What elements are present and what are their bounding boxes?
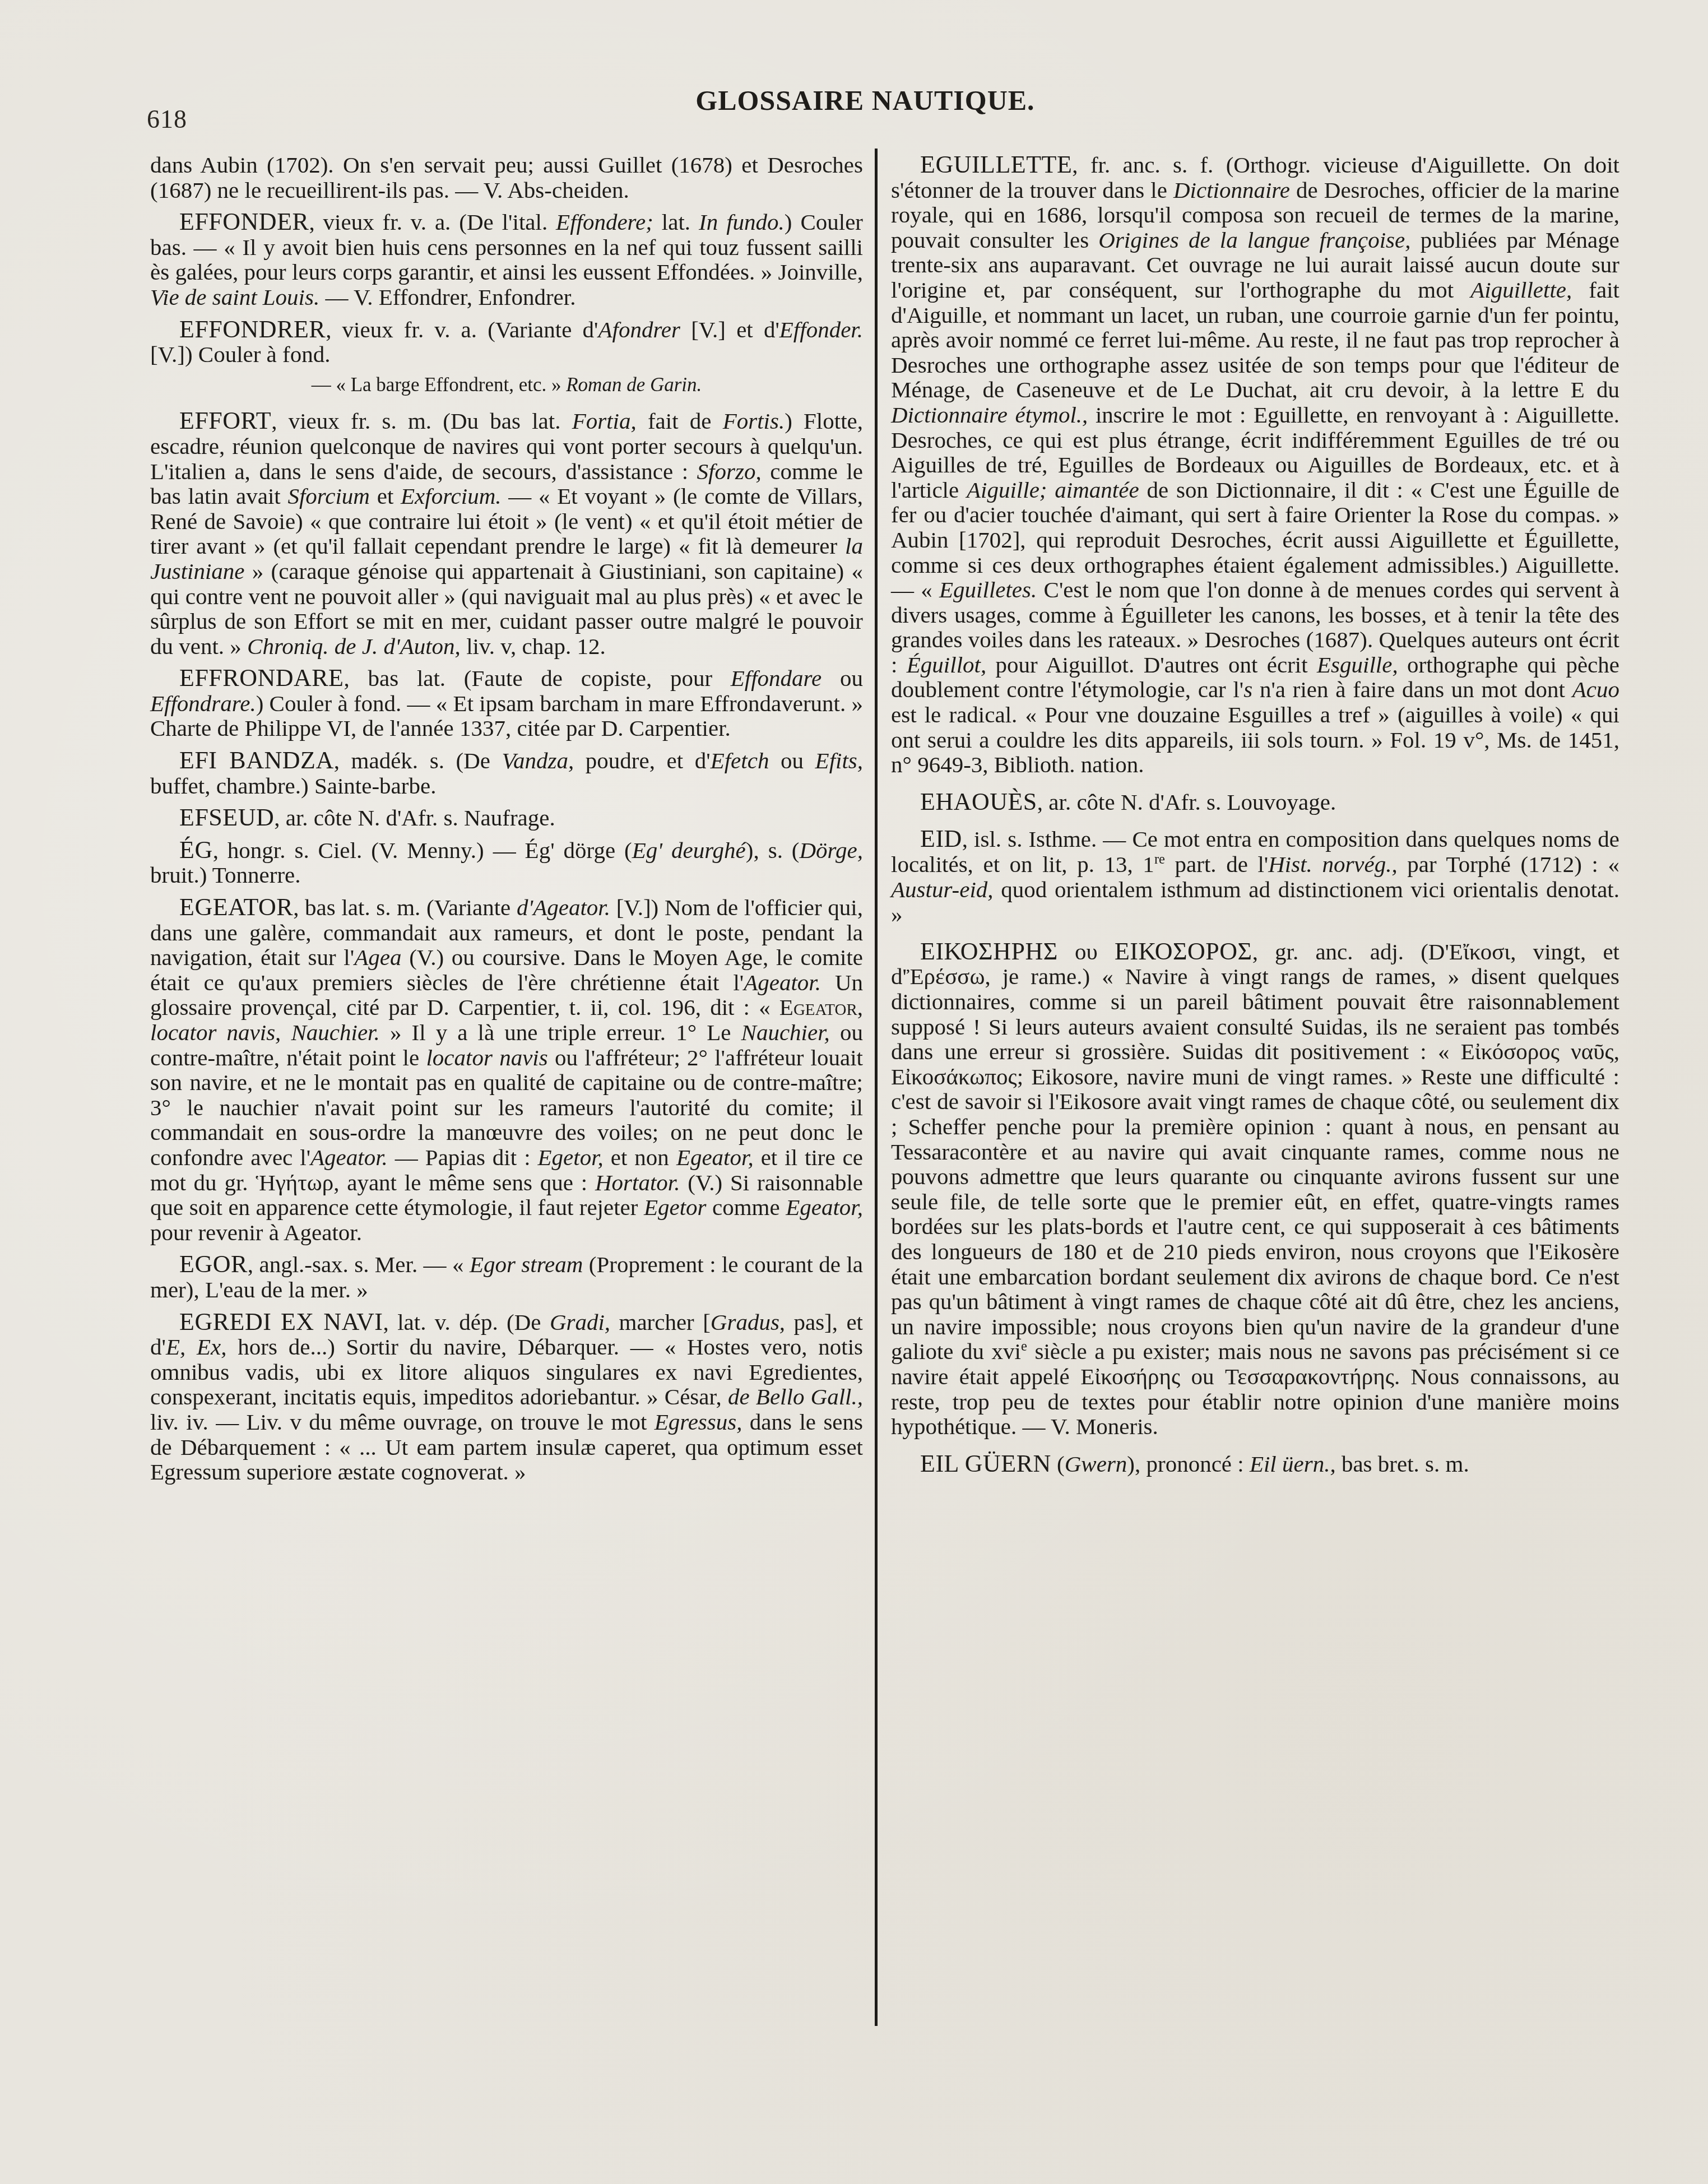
italic-term: E, Ex, — [166, 1334, 227, 1360]
italic-term: Fortia, — [572, 408, 637, 434]
italic-term: Hortator. — [595, 1170, 680, 1195]
italic-term: In fundo. — [699, 209, 785, 235]
citation-text: — « La barge Effondrent, etc. » — [312, 374, 567, 396]
italic-term: Egetor — [644, 1194, 707, 1220]
entry-text: , ar. côte N. d'Afr. s. Louvoyage. — [1037, 789, 1336, 815]
headword-variant: ΕΙΚΟΣΟΡΟΣ — [1115, 938, 1252, 965]
right-column: EGUILLETTE, fr. anc. s. f. (Orthogr. vic… — [891, 152, 1619, 1483]
entry-text: poudre, et d' — [574, 748, 710, 773]
entry-text: comme — [707, 1194, 786, 1220]
headword: EHAOUÈS — [920, 788, 1037, 815]
italic-term: locator navis — [426, 1045, 547, 1070]
italic-term: Effonder. — [779, 317, 863, 342]
italic-term: Sforcium — [287, 483, 370, 509]
entry-text: liv. iv. — Liv. v du même ouvrage, on tr… — [150, 1409, 655, 1435]
small-caps-term: Egeator, — [779, 994, 863, 1020]
italic-term: Gradus, — [711, 1309, 785, 1335]
entry-text: — V. Effondrer, Enfondrer. — [319, 284, 575, 310]
superscript: re — [1154, 852, 1165, 867]
left-column: dans Aubin (1702). On s'en servait peu; … — [150, 152, 863, 1492]
headword: EIL GÜERN — [920, 1450, 1051, 1477]
entry-text: buffet, chambre.) Sainte-barbe. — [150, 773, 436, 799]
superscript: e — [1021, 1339, 1027, 1355]
italic-term: Efetch — [711, 748, 769, 773]
italic-term: Sforzo, — [697, 458, 762, 484]
entry-text: , bas lat. (Faute de copiste, pour — [344, 665, 731, 691]
entry-text: quod orientalem isthmum ad distinctionem… — [891, 877, 1619, 928]
headword: EGOR — [179, 1250, 248, 1278]
entry-egor: EGOR, angl.-sax. s. Mer. — « Egor stream… — [150, 1252, 863, 1302]
entry-text: , lat. v. dép. (De — [383, 1309, 550, 1335]
entry-text: » Il y a là une triple erreur. 1° Le — [380, 1019, 741, 1045]
italic-term: Eguilletes. — [939, 577, 1037, 602]
entry-ehaoues: EHAOUÈS, ar. côte N. d'Afr. s. Louvoyage… — [891, 790, 1619, 815]
entry-text: , vieux fr. s. m. (Du bas lat. — [271, 408, 572, 434]
entry-eil-guern: EIL GÜERN (Gwern), prononcé : Eil üern.,… — [891, 1452, 1619, 1477]
entry-text: , vieux fr. v. a. (Variante d' — [326, 317, 598, 342]
headword: EGEATOR — [179, 893, 293, 921]
italic-term: Gwern — [1065, 1451, 1127, 1477]
entry-eid: EID, isl. s. Isthme. — Ce mot entra en c… — [891, 827, 1619, 926]
entry-text: ), s. ( — [746, 837, 800, 863]
italic-term: Dictionnaire — [1173, 177, 1290, 203]
entry-text: et — [370, 483, 401, 509]
italic-term: locator navis, Nauchier. — [150, 1019, 380, 1045]
entry-text: [V.] et d' — [680, 317, 779, 342]
entry-effort: EFFORT, vieux fr. s. m. (Du bas lat. For… — [150, 409, 863, 659]
entry-effrondare: EFFRONDARE, bas lat. (Faute de copiste, … — [150, 666, 863, 741]
entry-eikoseres: ΕΙΚΟΣΗΡΗΣ ου ΕΙΚΟΣΟΡΟΣ, gr. anc. adj. (D… — [891, 939, 1619, 1439]
entry-text: lat. — [653, 209, 699, 235]
italic-term: Gradi, — [550, 1309, 610, 1335]
entry-text: ou — [769, 748, 815, 773]
italic-term: Effondere; — [556, 209, 653, 235]
italic-term: Austur-eid, — [891, 877, 994, 902]
italic-term: Esguille, — [1317, 652, 1398, 678]
entry-text: ου — [1058, 939, 1115, 965]
italic-term: Afondrer — [598, 317, 680, 342]
italic-term: s — [1243, 676, 1252, 702]
italic-term: Hist. norvég., — [1268, 851, 1398, 877]
italic-term: Agea — [354, 944, 401, 970]
italic-term: Dörge, — [800, 837, 864, 863]
italic-term: Egor stream — [470, 1251, 583, 1277]
entry-continuation: dans Aubin (1702). On s'en servait peu; … — [150, 152, 863, 202]
italic-term: Eil üern., — [1250, 1451, 1336, 1477]
entry-text: bas bret. s. m. — [1336, 1451, 1469, 1477]
headword: EFFORT — [179, 407, 271, 434]
entry-eguillette: EGUILLETTE, fr. anc. s. f. (Orthogr. vic… — [891, 152, 1619, 777]
headword: ΕΙΚΟΣΗΡΗΣ — [920, 938, 1058, 965]
italic-term: Chroniq. de J. d'Auton, — [247, 633, 461, 659]
entry-text: , ar. côte N. d'Afr. s. Naufrage. — [274, 805, 555, 831]
entry-egeator: EGEATOR, bas lat. s. m. (Variante d'Agea… — [150, 895, 863, 1245]
entry-text: , madék. s. (De — [334, 748, 502, 773]
italic-term: Effondare — [731, 665, 821, 691]
italic-term: Effondrare. — [150, 690, 256, 716]
entry-text: , bas lat. s. m. (Variante — [293, 894, 517, 920]
entry-text: [V.]) Couler à fond. — [150, 341, 330, 367]
entry-text: et non — [604, 1144, 676, 1170]
italic-term: Egeator, — [676, 1144, 754, 1170]
italic-term: Eg' deurghé — [632, 837, 746, 863]
entry-text: , angl.-sax. s. Mer. — « — [248, 1251, 470, 1277]
entry-text: — Papias dit : — [388, 1144, 538, 1170]
entry-text: , gr. anc. adj. (D'Εἴκοσι, vingt, et d'Ἐ… — [891, 939, 1619, 1365]
entry-text: ) Couler à fond. — « Et ipsam barcham in… — [150, 690, 863, 741]
entry-text: pour Aiguillot. D'autres ont écrit — [986, 652, 1317, 678]
entry-text: n'a rien à faire dans un mot dont — [1252, 676, 1572, 702]
running-head: GLOSSAIRE NAUTIQUE. — [0, 84, 1708, 117]
italic-term: Dictionnaire étymol., — [891, 402, 1088, 428]
entry-text: est le radical. « Pour vne douzaine Esgu… — [891, 702, 1619, 777]
entry-text: ( — [1051, 1451, 1065, 1477]
entry-efi-bandza: EFI BANDZA, madék. s. (De Vandza, poudre… — [150, 748, 863, 798]
citation-source: Roman de Garin. — [566, 374, 702, 396]
entry-eg: ÉG, hongr. s. Ciel. (V. Menny.) — Ég' dö… — [150, 838, 863, 888]
entry-text: liv. v, chap. 12. — [461, 633, 606, 659]
entry-text: par Torphé (1712) : « — [1398, 851, 1619, 877]
column-divider — [875, 149, 878, 2026]
headword: EFI BANDZA — [179, 746, 334, 774]
citation-line: — « La barge Effondrent, etc. » Roman de… — [150, 373, 863, 398]
italic-term: Efits, — [815, 748, 863, 773]
entry-text: , hongr. s. Ciel. (V. Menny.) — Ég' dörg… — [213, 837, 632, 863]
entry-efseud: EFSEUD, ar. côte N. d'Afr. s. Naufrage. — [150, 805, 863, 831]
italic-term: Origines de la langue françoise, — [1098, 227, 1410, 253]
italic-term: Egressus, — [655, 1409, 742, 1435]
italic-term: Aiguille; aimantée — [967, 477, 1139, 503]
entry-text: bruit.) Tonnerre. — [150, 862, 300, 888]
entry-effondrer: EFFONDRER, vieux fr. v. a. (Variante d'A… — [150, 317, 863, 367]
italic-term: Acuo — [1572, 676, 1619, 702]
italic-term: Éguillot, — [907, 652, 986, 678]
entry-effonder: EFFONDER, vieux fr. v. a. (De l'ital. Ef… — [150, 210, 863, 309]
italic-term: Exforcium. — [401, 483, 502, 509]
italic-term: Ageator. — [744, 970, 821, 995]
headword: EFFONDRER — [179, 316, 326, 343]
headword: EFSEUD — [179, 804, 274, 831]
italic-term: Ageator. — [310, 1144, 388, 1170]
italic-term: Vie de saint Louis. — [150, 284, 319, 310]
entry-text: dans Aubin (1702). On s'en servait peu; … — [150, 152, 863, 203]
italic-term: Fortis. — [723, 408, 785, 434]
entry-egredi-ex-navi: EGREDI EX NAVI, lat. v. dép. (De Gradi, … — [150, 1310, 863, 1485]
italic-term: Egeator, — [786, 1194, 863, 1220]
headword: EFFONDER — [179, 208, 309, 235]
italic-term: Egetor, — [538, 1144, 604, 1170]
entry-text: part. de l' — [1165, 851, 1268, 877]
entry-text: ou — [821, 665, 863, 691]
headword: EFFRONDARE — [179, 664, 344, 692]
entry-text: pour revenir à Ageator. — [150, 1219, 362, 1245]
headword: ÉG — [179, 836, 213, 864]
entry-text: fait de — [637, 408, 723, 434]
italic-term: Vandza, — [502, 748, 574, 773]
entry-text: marcher [ — [610, 1309, 711, 1335]
headword: EGREDI EX NAVI — [179, 1308, 383, 1336]
italic-term: Aiguillette, — [1470, 277, 1572, 303]
entry-text: , vieux fr. v. a. (De l'ital. — [309, 209, 556, 235]
italic-term: Nauchier, — [741, 1019, 830, 1045]
headword: EGUILLETTE — [920, 151, 1072, 178]
entry-text: ), prononcé : — [1127, 1451, 1250, 1477]
italic-term: d'Ageator. — [517, 894, 610, 920]
headword: EID — [920, 825, 962, 852]
italic-term: de Bello Gall., — [728, 1384, 863, 1409]
